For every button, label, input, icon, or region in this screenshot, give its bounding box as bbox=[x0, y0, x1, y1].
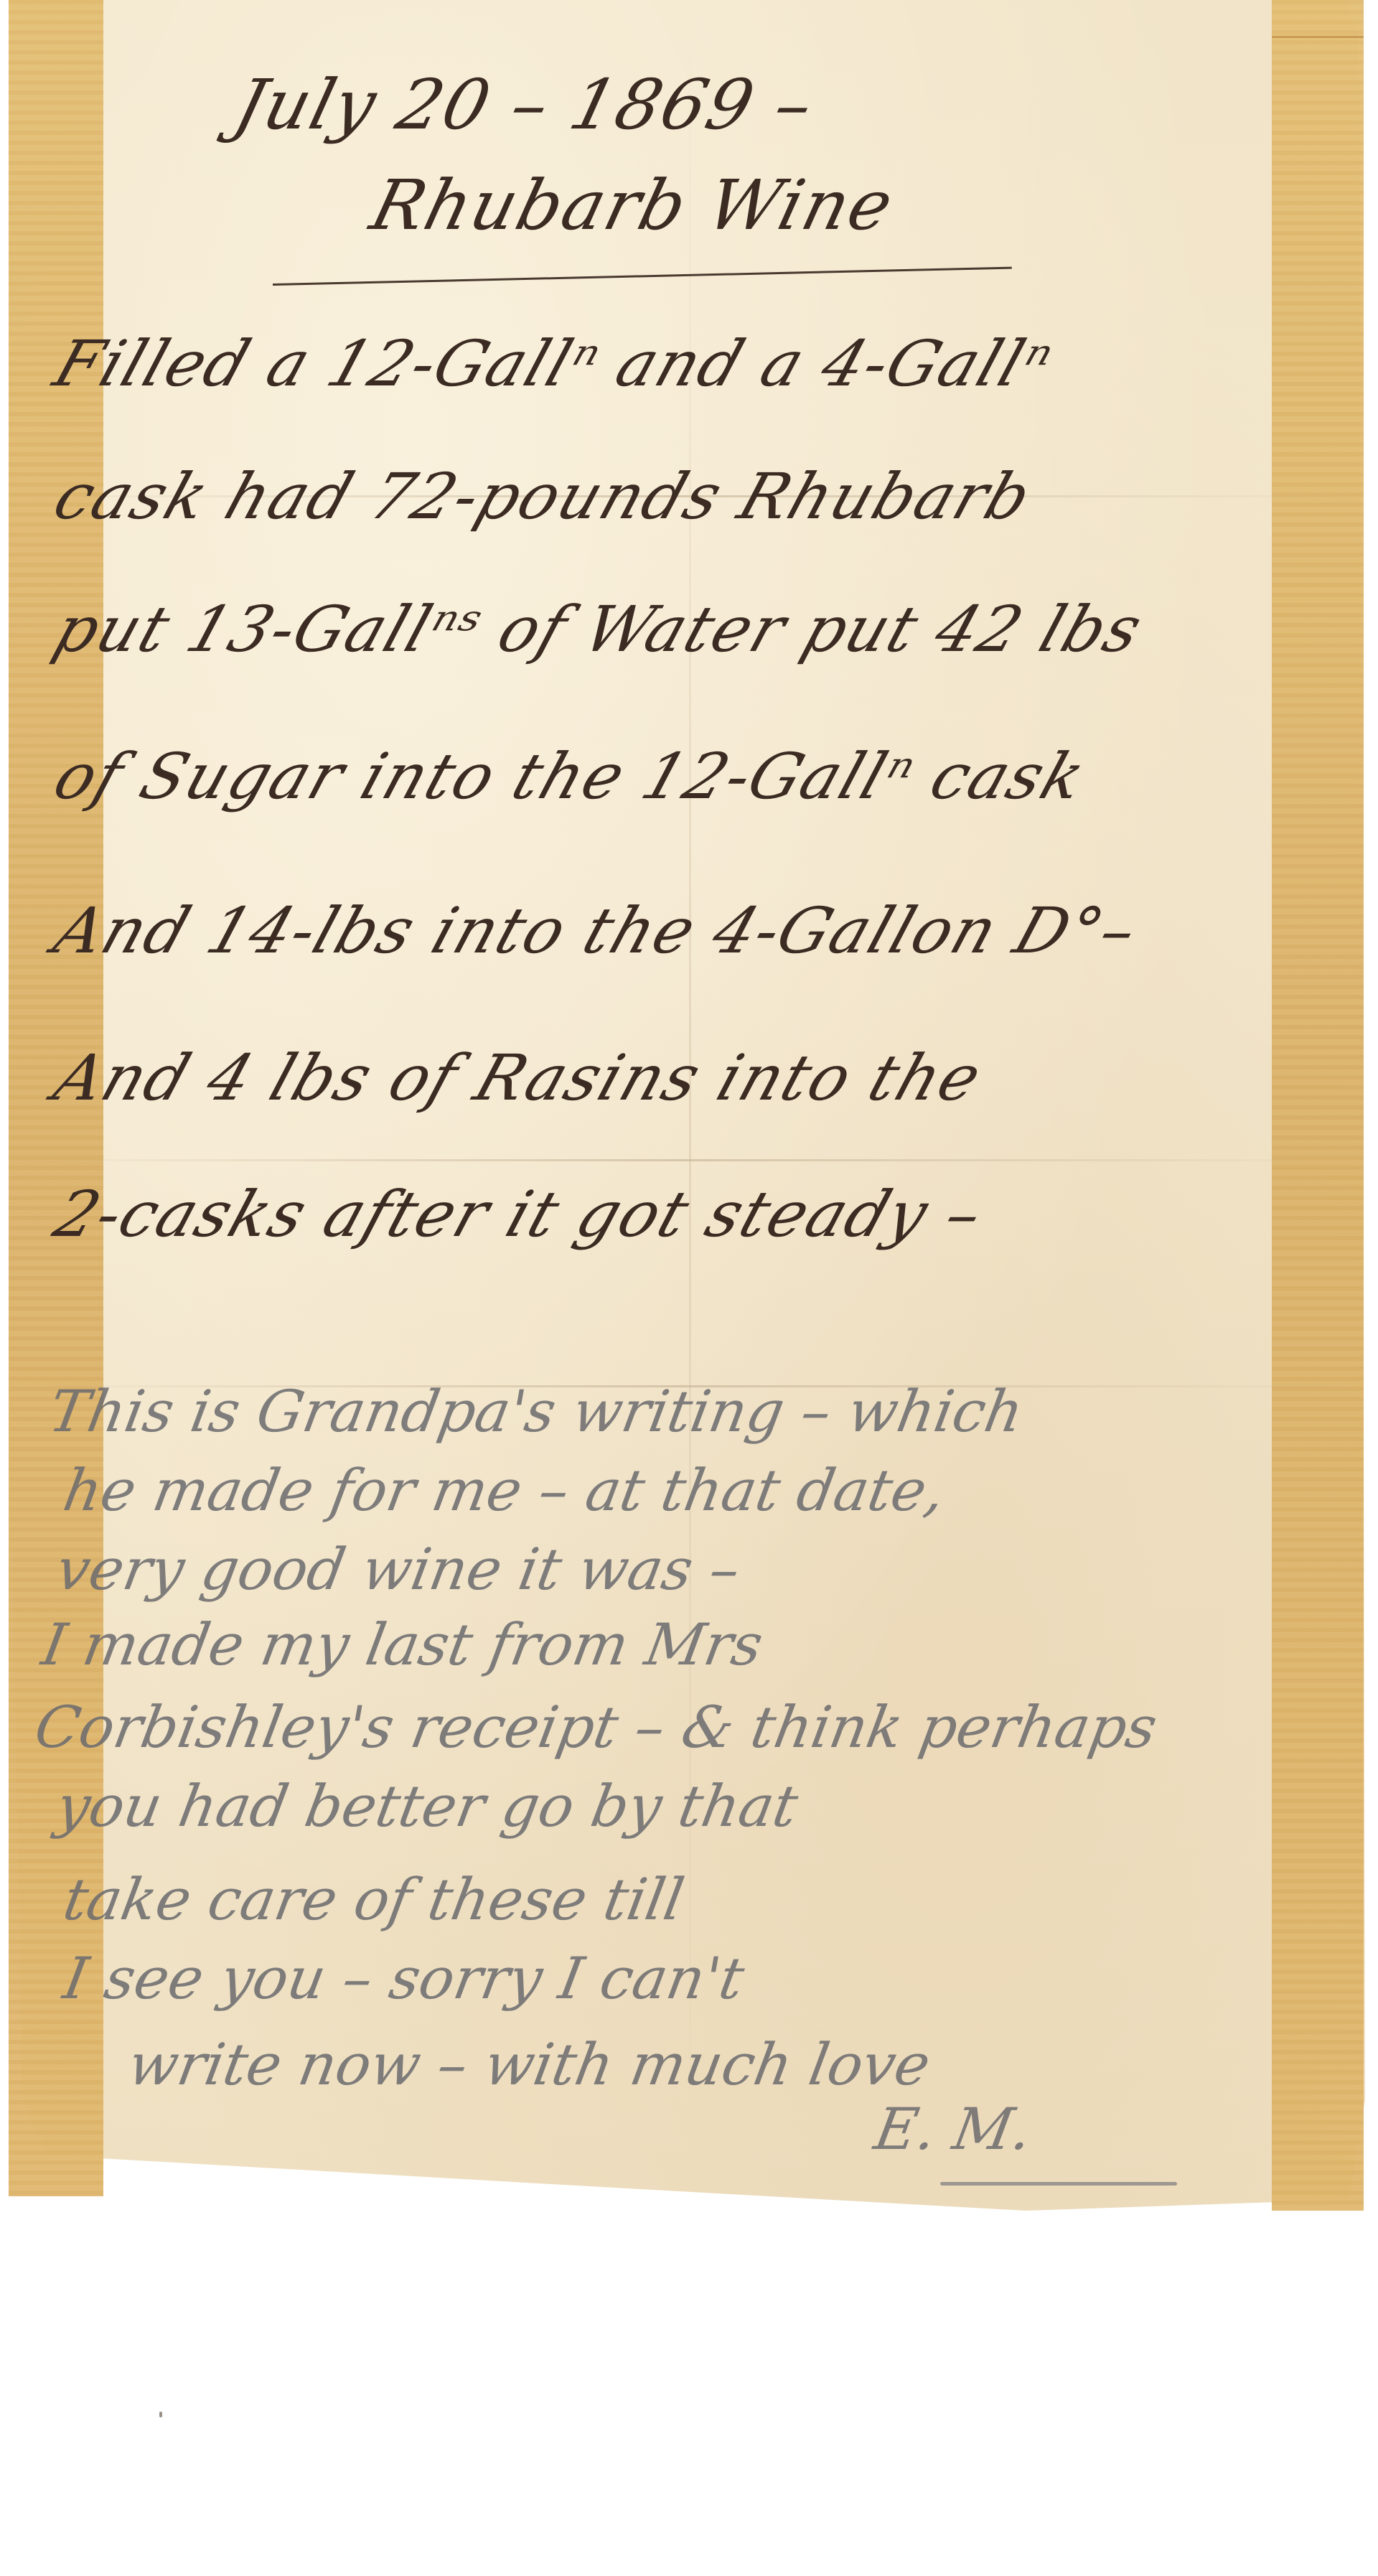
fold-crease bbox=[9, 1159, 1365, 1161]
recipe-line: 2-casks after it got steady – bbox=[45, 1177, 993, 1251]
recipe-line: And 14-lbs into the 4-Gallon D°– bbox=[45, 894, 1148, 968]
document-title: Rhubarb Wine bbox=[363, 165, 902, 245]
note-line: Corbishley's receipt – & think perhaps bbox=[30, 1694, 1162, 1761]
recipe-line: cask had 72-pounds Rhubarb bbox=[45, 459, 1041, 533]
recipe-line: And 4 lbs of Rasins into the bbox=[45, 1041, 991, 1115]
scan-speck bbox=[159, 2412, 162, 2417]
document-date: July 20 – 1869 – bbox=[227, 65, 822, 145]
recipe-line: Filled a 12-Gallⁿ and a 4-Gallⁿ bbox=[45, 327, 1061, 401]
signature: E. M. bbox=[870, 2096, 1037, 2163]
note-line: he made for me – at that date, bbox=[59, 1457, 950, 1524]
recipe-line: put 13-Gallⁿˢ of Water put 42 lbs bbox=[45, 592, 1152, 666]
note-line: take care of these till bbox=[59, 1866, 689, 1933]
note-line: you had better go by that bbox=[52, 1773, 803, 1840]
recipe-line: of Sugar into the 12-Gallⁿ cask bbox=[45, 739, 1095, 813]
note-line: very good wine it was – bbox=[52, 1536, 745, 1603]
note-line: This is Grandpa's writing – which bbox=[44, 1378, 1028, 1445]
note-line: write now – with much love bbox=[123, 2031, 935, 2098]
signature-underline bbox=[940, 2182, 1177, 2186]
right-tape-strip bbox=[1272, 0, 1364, 2211]
note-line: I see you – sorry I can't bbox=[59, 1945, 749, 2012]
note-line: I made my last from Mrs bbox=[37, 1611, 768, 1678]
